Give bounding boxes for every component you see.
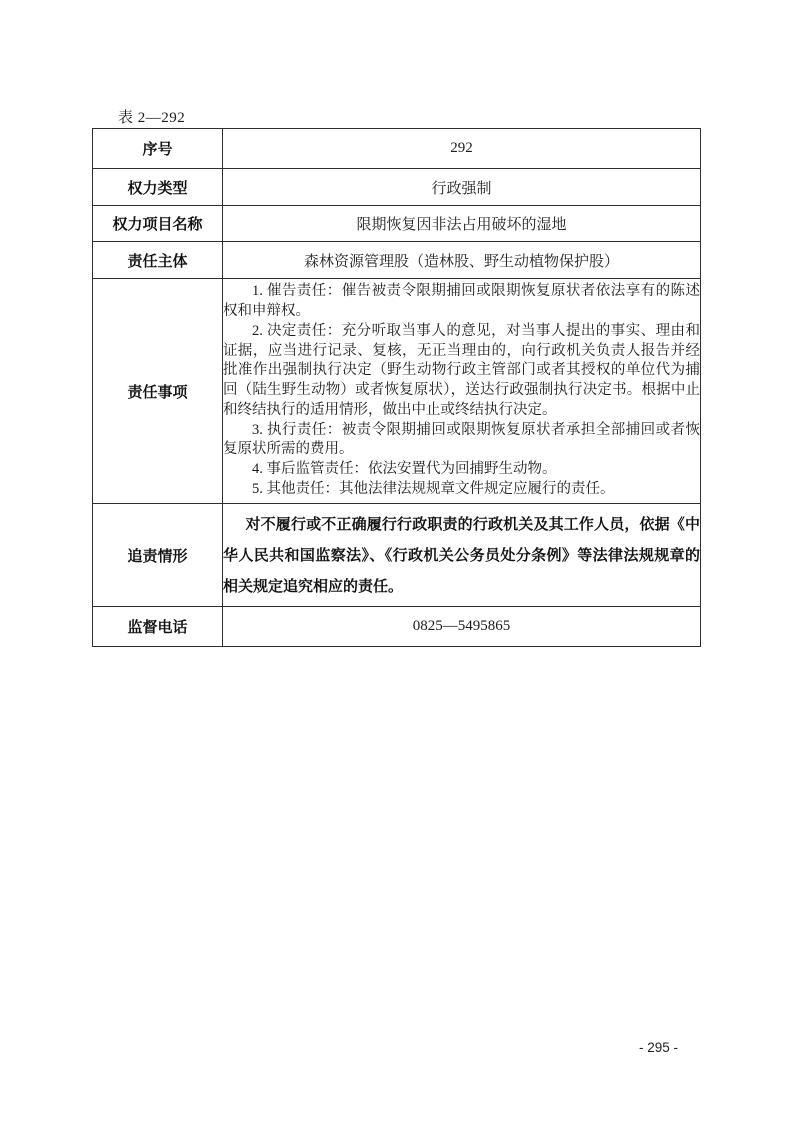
responsibility-item-2: 2. 决定责任：充分听取当事人的意见，对当事人提出的事实、理由和证据，应当进行记…: [223, 322, 700, 421]
responsibility-item-4: 4. 事后监管责任：依法安置代为回捕野生动物。: [223, 460, 700, 480]
table-row-accountability-situation: 追责情形 对不履行或不正确履行行政职责的行政机关及其工作人员，依据《中华人民共和…: [93, 504, 701, 607]
table-row-power-item-name: 权力项目名称 限期恢复因非法占用破坏的湿地: [93, 206, 701, 242]
responsible-entity-label: 责任主体: [93, 242, 223, 279]
responsibility-table: 序号 292 权力类型 行政强制 权力项目名称 限期恢复因非法占用破坏的湿地 责…: [92, 128, 701, 647]
responsibility-item-5: 5. 其他责任：其他法律法规规章文件规定应履行的责任。: [223, 480, 700, 500]
accountability-situation-label: 追责情形: [93, 504, 223, 607]
supervision-phone-value: 0825—5495865: [223, 607, 701, 647]
power-type-label: 权力类型: [93, 169, 223, 206]
accountability-situation-content: 对不履行或不正确履行行政职责的行政机关及其工作人员，依据《中华人民共和国监察法》…: [223, 504, 701, 607]
responsibility-item-3: 3. 执行责任：被责令限期捕回或限期恢复原状者承担全部捕回或者恢复原状所需的费用…: [223, 421, 700, 461]
table-row-supervision-phone: 监督电话 0825—5495865: [93, 607, 701, 647]
accountability-situation-text: 对不履行或不正确履行行政职责的行政机关及其工作人员，依据《中华人民共和国监察法》…: [223, 509, 700, 602]
table-row-responsible-entity: 责任主体 森林资源管理股（造林股、野生动植物保护股）: [93, 242, 701, 279]
table-caption: 表 2—292: [118, 106, 185, 127]
supervision-phone-label: 监督电话: [93, 607, 223, 647]
document-page: 表 2—292 序号 292 权力类型 行政强制 权力项目名称 限期恢复因非法占…: [0, 0, 793, 1122]
power-type-value: 行政强制: [223, 169, 701, 206]
serial-number-label: 序号: [93, 129, 223, 169]
table-row-power-type: 权力类型 行政强制: [93, 169, 701, 206]
responsibility-item-1: 1. 催告责任：催告被责令限期捕回或限期恢复原状者依法享有的陈述权和申辩权。: [223, 282, 700, 322]
responsibility-matters-content: 1. 催告责任：催告被责令限期捕回或限期恢复原状者依法享有的陈述权和申辩权。 2…: [223, 279, 701, 504]
responsibility-matters-label: 责任事项: [93, 279, 223, 504]
table-row-serial-number: 序号 292: [93, 129, 701, 169]
power-item-name-label: 权力项目名称: [93, 206, 223, 242]
responsible-entity-value: 森林资源管理股（造林股、野生动植物保护股）: [223, 242, 701, 279]
page-number: - 295 -: [596, 1040, 721, 1055]
power-item-name-value: 限期恢复因非法占用破坏的湿地: [223, 206, 701, 242]
table-row-responsibility-matters: 责任事项 1. 催告责任：催告被责令限期捕回或限期恢复原状者依法享有的陈述权和申…: [93, 279, 701, 504]
serial-number-value: 292: [223, 129, 701, 169]
